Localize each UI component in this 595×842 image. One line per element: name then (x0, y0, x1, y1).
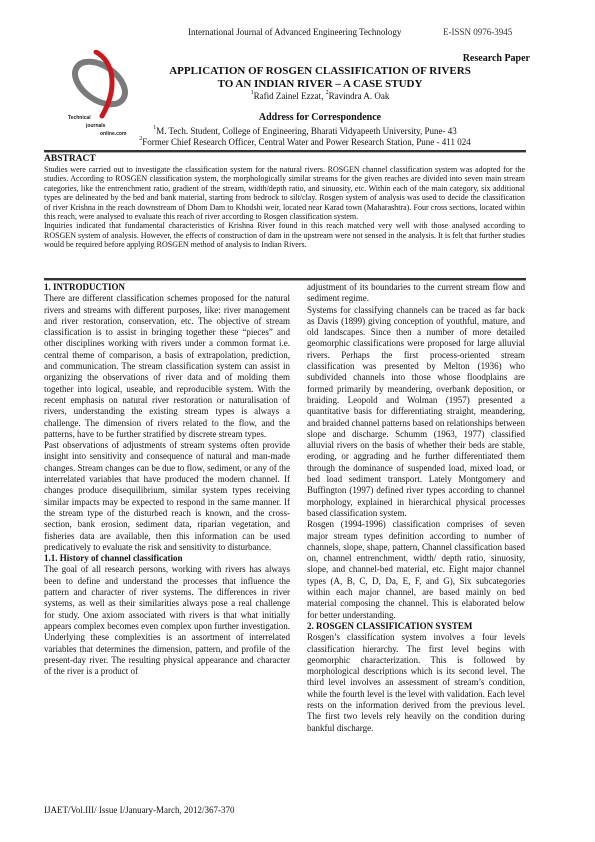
author-1: Rafid Zainel Ezzat, (254, 91, 324, 101)
rosgen-paragraph-1: Rosgen’s classification system involves … (307, 632, 525, 734)
affiliation-1: 1M. Tech. Student, College of Engineerin… (60, 126, 550, 136)
authors: 1Rafid Zainel Ezzat, 2Ravindra A. Oak (120, 91, 520, 101)
right-column: adjustment of its boundaries to the curr… (307, 282, 525, 734)
journal-name: International Journal of Advanced Engine… (188, 27, 401, 37)
history-paragraph-3: Rosgen (1994-1996) classification compri… (307, 519, 525, 621)
left-column: 1. INTRODUCTION There are different clas… (44, 282, 290, 677)
history-paragraph-1-cont: adjustment of its boundaries to the curr… (307, 282, 525, 305)
divider-abstract (44, 278, 526, 281)
affiliation-2-mark: 2 (139, 136, 142, 142)
abstract-paragraph-1: Studies were carried out to investigate … (44, 165, 525, 221)
abstract-body: Studies were carried out to investigate … (44, 165, 525, 250)
affiliation-2: 2Former Chief Research Officer, Central … (60, 137, 550, 147)
paper-title: APPLICATION OF ROSGEN CLASSIFICATION OF … (120, 65, 520, 91)
paper-type: Research Paper (463, 53, 530, 64)
intro-paragraph-1: There are different classification schem… (44, 293, 290, 440)
author-2-affil: 2 (326, 90, 329, 96)
history-paragraph-2: Systems for classifying channels can be … (307, 305, 525, 520)
issn: E-ISSN 0976-3945 (443, 27, 512, 37)
affiliation-1-mark: 1 (153, 125, 156, 131)
title-line-2: TO AN INDIAN RIVER – A CASE STUDY (120, 78, 520, 91)
section-1-heading: 1. INTRODUCTION (44, 282, 290, 293)
section-2-heading: 2. ROSGEN CLASSIFICATION SYSTEM (307, 621, 525, 632)
divider-top (44, 150, 526, 153)
author-1-affil: 1 (251, 90, 254, 96)
author-2: Ravindra A. Oak (329, 91, 390, 101)
intro-paragraph-2: Past observations of adjustments of stre… (44, 440, 290, 553)
abstract-paragraph-2: Inquiries indicated that fundamental cha… (44, 221, 525, 249)
history-paragraph-1: The goal of all research persons, workin… (44, 564, 290, 677)
correspondence-heading: Address for Correspondence (120, 112, 520, 123)
affiliation-2-text: Former Chief Research Officer, Central W… (142, 137, 470, 147)
subsection-1-1-heading: 1.1. History of channel classification (44, 553, 290, 564)
logo-text-line1: Technical (68, 115, 91, 121)
abstract-heading: ABSTRACT (44, 154, 96, 164)
affiliation-1-text: M. Tech. Student, College of Engineering… (156, 126, 457, 136)
title-line-1: APPLICATION OF ROSGEN CLASSIFICATION OF … (120, 65, 520, 78)
page-footer-citation: IJAET/Vol.III/ Issue I/January-March, 20… (44, 805, 235, 815)
